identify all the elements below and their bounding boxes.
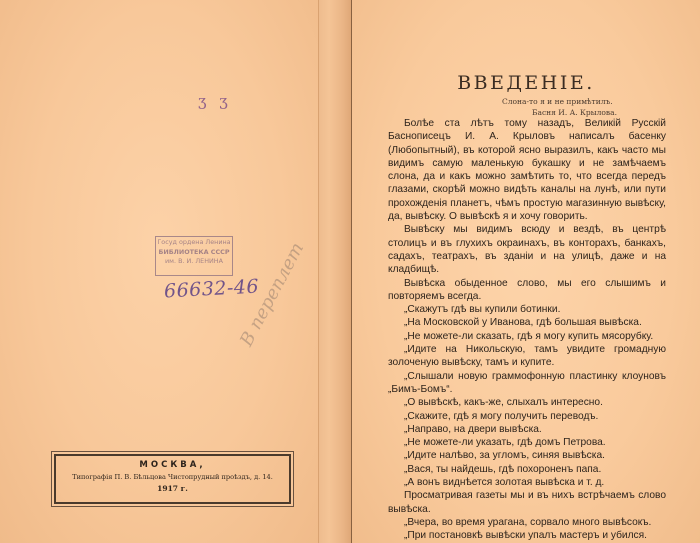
imprint-press: Типографія П. В. Бѣльцова Чистопрудный п… (56, 473, 289, 481)
book-spread: ʒ ʒ Госуд ордена Ленина ордена Ленина БИ… (0, 0, 700, 543)
paragraph: „Идите на Никольскую, тамъ увидите грома… (388, 343, 666, 370)
paragraph: „Вася, ты найдешь, гдѣ похороненъ папа. (388, 463, 666, 476)
book-gutter (318, 0, 353, 543)
library-stamp: Госуд ордена Ленина ордена Ленина БИБЛИО… (155, 236, 233, 276)
paragraph: „Скажутъ гдѣ вы купили ботинки. (388, 303, 666, 316)
paragraph: „Идите налѣво, за угломъ, синяя вывѣска. (388, 449, 666, 462)
right-page: ВВЕДЕНІЕ. Слона-то я и не примѣтилъ. Бас… (352, 0, 700, 543)
paragraph: „Не можете-ли указать, гдѣ домъ Петрова. (388, 436, 666, 449)
paragraph: Вывѣска обыденное слово, мы его слышимъ … (388, 277, 666, 304)
paragraph: Просматривая газеты мы и въ нихъ встрѣча… (388, 489, 666, 516)
paragraph: Вывѣску мы видимъ всюду и вездѣ, въ цент… (388, 223, 666, 276)
stamp-line: БИБЛИОТЕКА СССР (156, 248, 232, 258)
paragraph: „Направо, на двери вывѣска. (388, 423, 666, 436)
imprint-year: 1917 г. (56, 484, 289, 493)
stamp-line: им. В. И. ЛЕНИНА (156, 257, 232, 267)
inventory-number: 66632-46 (163, 276, 259, 303)
imprint-box: МОСКВА, Типографія П. В. Бѣльцова Чистоп… (54, 454, 291, 504)
body-text: Болѣе ста лѣтъ тому назадъ, Великій Русс… (388, 117, 666, 543)
paragraph: „Слышали новую граммофонную пластинку кл… (388, 370, 666, 397)
imprint-city: МОСКВА, (56, 460, 289, 470)
paragraph: Болѣе ста лѣтъ тому назадъ, Великій Русс… (388, 117, 666, 223)
stamp-line: Госуд ордена Ленина (156, 238, 232, 248)
epigraph: Слона-то я и не примѣтилъ. Басня И. А. К… (502, 96, 617, 118)
paragraph: „О вывѣскѣ, какъ-же, слыхалъ интересно. (388, 396, 666, 409)
paragraph: „Вчера, во время урагана, сорвало много … (388, 516, 666, 529)
paragraph: „А вонъ виднѣется золотая вывѣска и т. д… (388, 476, 666, 489)
paragraph: „На Московской у Иванова, гдѣ большая вы… (388, 316, 666, 329)
violet-ink-mark: ʒ ʒ (198, 92, 232, 110)
page-title: ВВЕДЕНІЕ. (352, 72, 700, 94)
left-page: ʒ ʒ Госуд ордена Ленина ордена Ленина БИ… (0, 0, 318, 543)
epigraph-quote: Слона-то я и не примѣтилъ. (502, 96, 617, 107)
paragraph: „Не можете-ли сказать, гдѣ я могу купить… (388, 330, 666, 343)
paragraph: „При постановкѣ вывѣски упалъ мастеръ и … (388, 529, 666, 542)
paragraph: „Скажите, гдѣ я могу получить переводъ. (388, 410, 666, 423)
